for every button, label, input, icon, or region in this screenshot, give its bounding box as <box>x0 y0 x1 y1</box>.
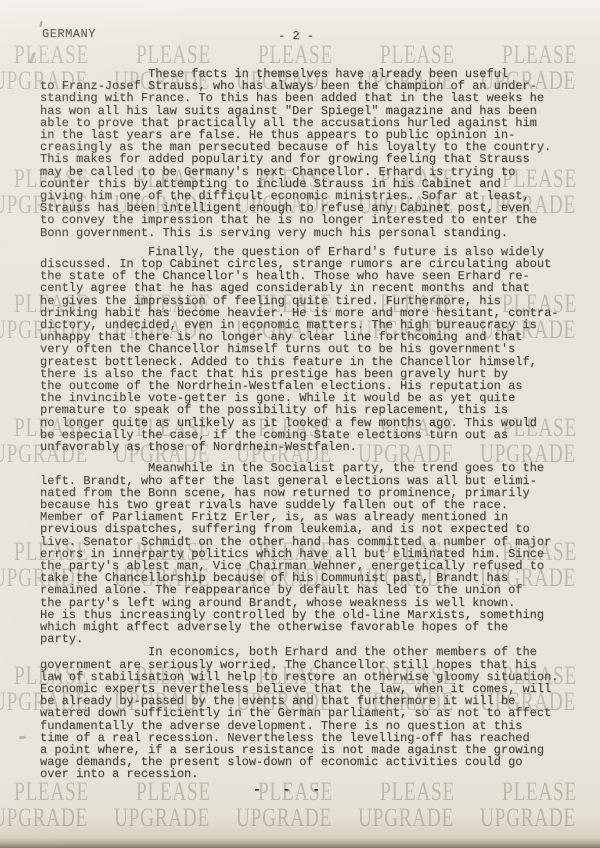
paragraph-strauss: These facts in themselves have already b… <box>0 68 600 239</box>
page-number: - 2 - <box>278 30 314 42</box>
watermark-word: UPGRADE <box>236 803 332 833</box>
paragraph-erhard-future: Finally, the question of Erhard's future… <box>0 246 600 453</box>
country-label: GERMANY <box>42 28 96 40</box>
scanned-document-page: PLEASEUPGRADEPLEASEUPGRADEPLEASEUPGRADEP… <box>0 0 600 848</box>
watermark-word: UPGRADE <box>358 803 454 833</box>
watermark-word: UPGRADE <box>0 803 88 833</box>
paragraph-economics: In economics, both Erhard and the other … <box>0 646 600 780</box>
document-content: GERMANY - 2 - These facts in themselves … <box>0 28 600 796</box>
paragraph-socialist-party: Meanwhile in the Socialist party, the tr… <box>0 462 600 645</box>
document-header: GERMANY - 2 - <box>0 28 600 41</box>
end-mark: - - - <box>0 784 600 796</box>
watermark-word: UPGRADE <box>480 803 576 833</box>
watermark-word: UPGRADE <box>114 803 210 833</box>
